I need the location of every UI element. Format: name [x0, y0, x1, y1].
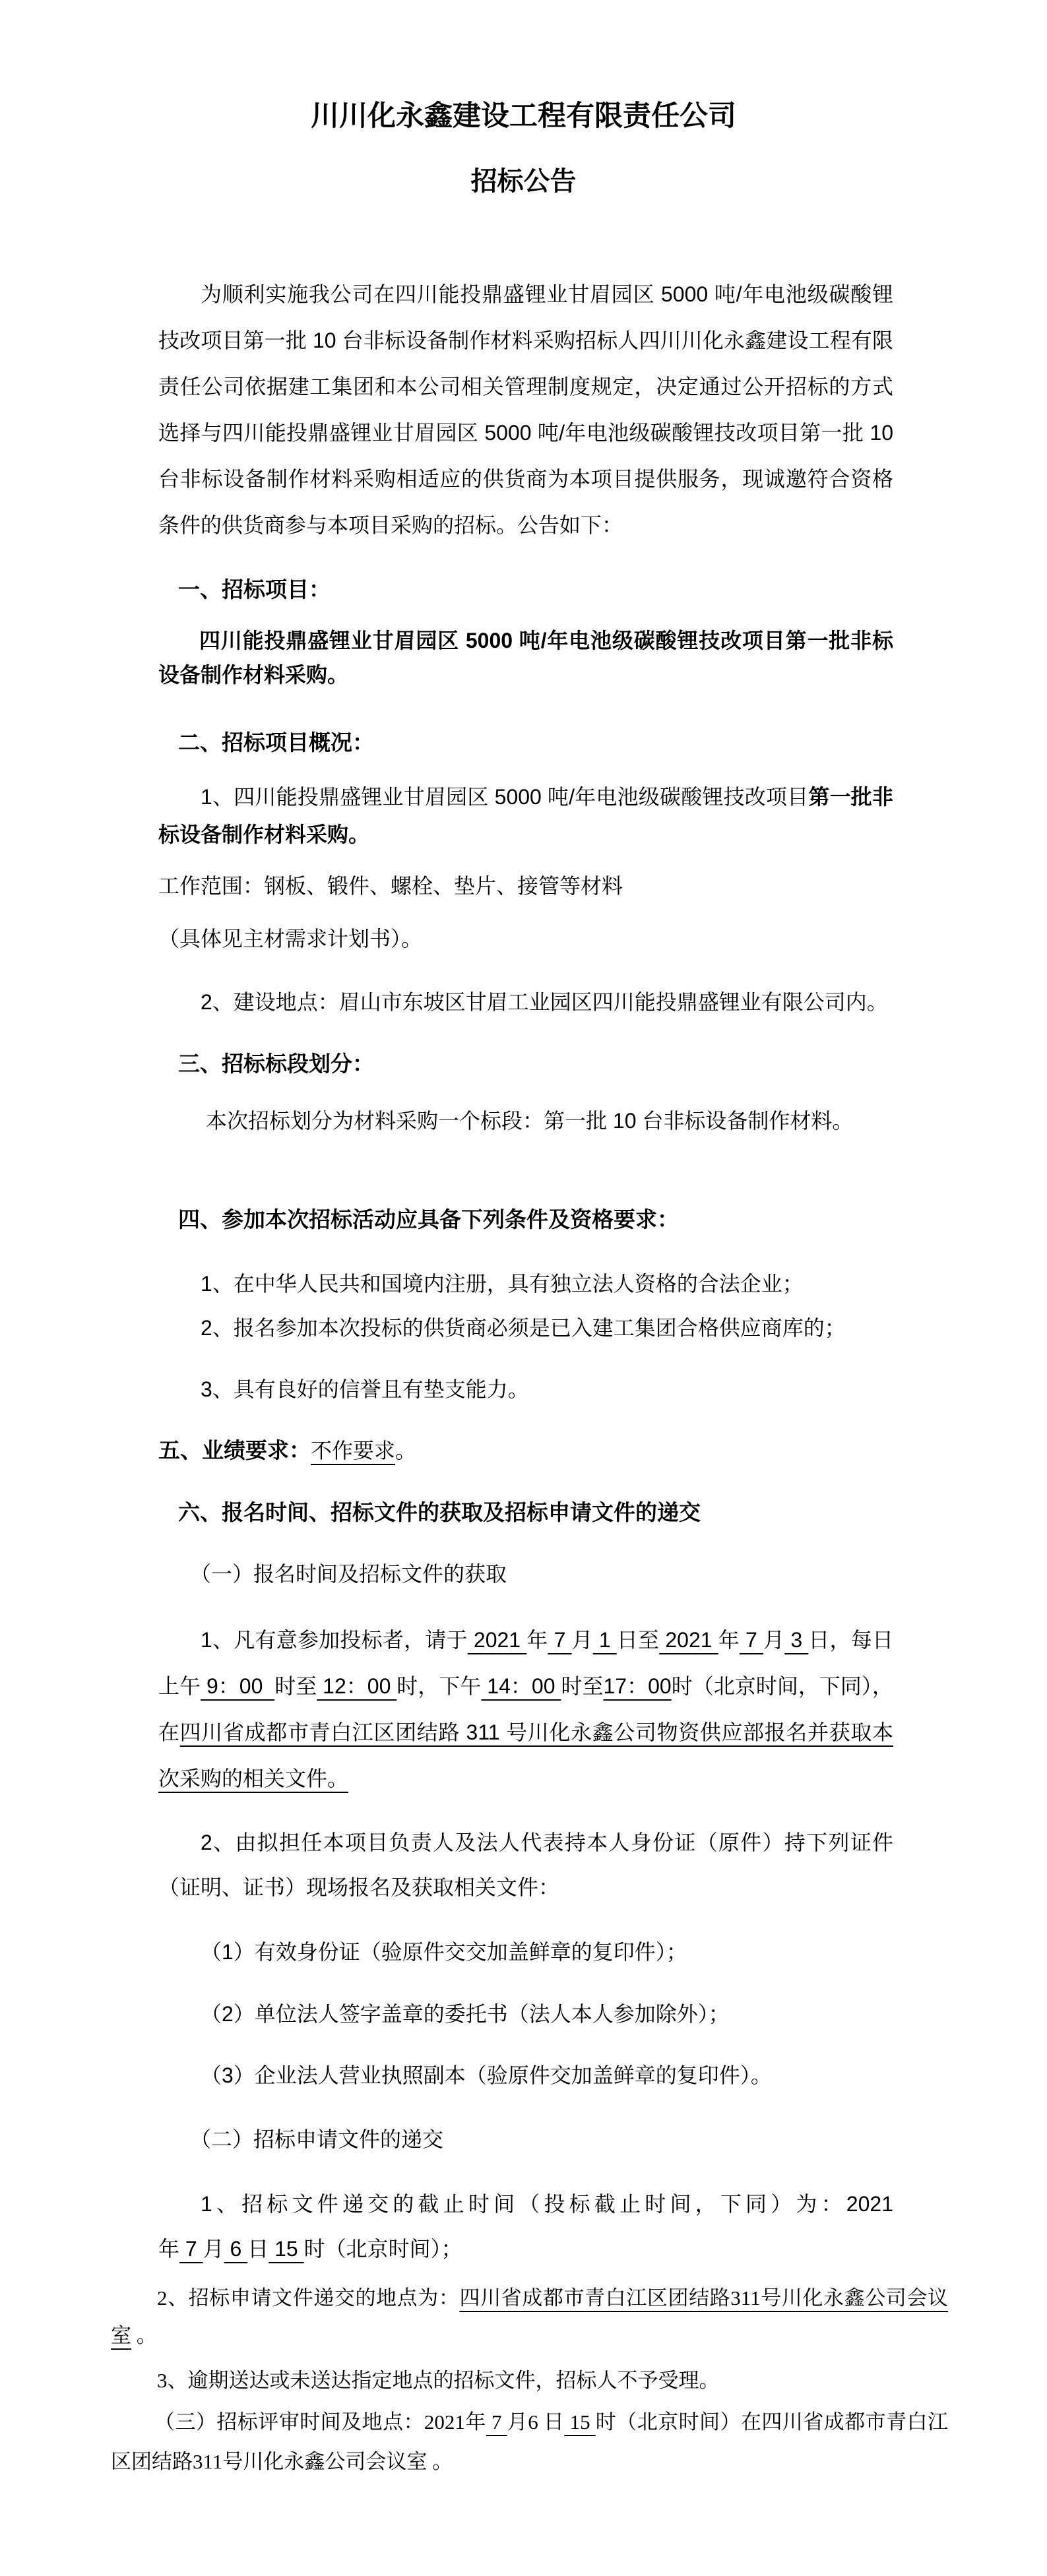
- section6-cert1: （1）有效身份证（验原件交交加盖鲜章的复印件）；: [158, 1937, 893, 1967]
- submit-place-run: 。: [131, 2324, 157, 2347]
- section4-item3: 3、具有良好的信誉且有垫支能力。: [158, 1374, 893, 1404]
- document-title: 川川化永鑫建设工程有限责任公司: [0, 100, 1047, 133]
- section4-item1: 1、在中华人民共和国境内注册，具有独立法人资格的合法企业；: [158, 1269, 893, 1299]
- item1-blank-year2: 2021: [659, 1628, 718, 1652]
- section2-item2: 2、建设地点：眉山市东坡区甘眉工业园区四川能投鼎盛锂业有限公司内。: [158, 987, 893, 1017]
- section1-body: 四川能投鼎盛锂业甘眉园区 5000 吨/年电池级碳酸锂技改项目第一批非标设备制作…: [158, 623, 893, 692]
- item1-run: 月: [763, 1628, 784, 1652]
- section6-review: （三）招标评审时间及地点：2021年 7 月6 日 15 时（北京时间）在四川省…: [111, 2403, 948, 2482]
- section2-scope: 工作范围：钢板、锻件、螺栓、垫片、接管等材料: [158, 871, 893, 901]
- deadline-run: 日: [247, 2237, 269, 2261]
- section6-deadline: 1、招标文件递交的截止时间（投标截止时间，下同）为：2021 年 7 月 6 日…: [158, 2182, 893, 2271]
- item1-address-underlined: 四川省成都市青白江区团结路 311 号川化永鑫公司物资供应部报名并获取本次采购的…: [158, 1720, 893, 1790]
- section3-body: 本次招标划分为材料采购一个标段：第一批 10 台非标设备制作材料。: [158, 1106, 893, 1136]
- item1-run: 年: [526, 1628, 548, 1652]
- item1-blank-day2: 3: [784, 1628, 808, 1652]
- item1-blank-time3: 14：00: [481, 1674, 561, 1698]
- deadline-run: 月: [203, 2237, 224, 2261]
- section6-submit-place: 2、招标申请文件递交的地点为：四川省成都市青白江区团结路311号川化永鑫公司会议…: [111, 2279, 948, 2354]
- item1-blank-time2: 12：00: [317, 1674, 397, 1698]
- review-run: 月6 日: [507, 2410, 565, 2434]
- review-blank-hour: 15: [564, 2410, 595, 2434]
- item1-blank-month1: 7: [548, 1628, 571, 1652]
- section6-heading: 六、报名时间、招标文件的获取及招标申请文件的递交: [158, 1497, 893, 1528]
- review-blank-month: 7: [486, 2410, 507, 2434]
- deadline-blank-month: 7: [179, 2237, 203, 2261]
- item1-run: 月: [572, 1628, 593, 1652]
- item1-blank-year1: 2021: [468, 1628, 526, 1652]
- item1-run: 年: [718, 1628, 740, 1652]
- section6-item1: 1、凡有意参加投标者，请于 2021 年 7 月 1 日至 2021 年 7 月…: [158, 1617, 893, 1802]
- section2-note: （具体见主材需求计划书）。: [158, 924, 893, 954]
- section6-cert2: （2）单位法人签字盖章的委托书（法人本人参加除外）；: [158, 1999, 893, 2029]
- section4-heading: 四、参加本次招标活动应具备下列条件及资格要求：: [158, 1205, 893, 1235]
- section2-item1-text: 1、四川能投鼎盛锂业甘眉园区 5000 吨/年电池级碳酸锂技改项目: [201, 785, 808, 809]
- item1-run: 时至: [274, 1674, 317, 1698]
- item1-run: 1、凡有意参加投标者，请于: [201, 1628, 468, 1652]
- item1-run: 日至: [617, 1628, 659, 1652]
- item1-run: 时至: [561, 1674, 603, 1698]
- document-subtitle: 招标公告: [0, 166, 1047, 197]
- section6-overdue: 3、逾期送达或未送达指定地点的招标文件，招标人不予受理。: [111, 2366, 948, 2396]
- section6-cert3: （3）企业法人营业执照副本（验原件交加盖鲜章的复印件）。: [158, 2060, 893, 2090]
- deadline-blank-day: 6: [224, 2237, 248, 2261]
- item1-blank-time4: 17：00: [603, 1674, 671, 1698]
- section6-sub1-heading: （一）报名时间及招标文件的获取: [158, 1559, 893, 1589]
- intro-paragraph: 为顺利实施我公司在四川能投鼎盛锂业甘眉园区 5000 吨/年电池级碳酸锂技改项目…: [158, 271, 893, 548]
- section5-line: 五、业绩要求：不作要求。: [158, 1435, 893, 1466]
- item1-blank-day1: 1: [593, 1628, 617, 1652]
- deadline-blank-hour: 15: [269, 2237, 303, 2261]
- section3-heading: 三、招标标段划分：: [158, 1049, 893, 1079]
- item1-blank-time1: 9：00: [201, 1674, 274, 1698]
- deadline-run: 时（北京时间）；: [304, 2237, 462, 2261]
- section5-period: 。: [395, 1439, 416, 1462]
- section2-item1: 1、四川能投鼎盛锂业甘眉园区 5000 吨/年电池级碳酸锂技改项目第一批非标设备…: [158, 778, 893, 854]
- item1-run: 时，下午: [397, 1674, 481, 1698]
- section6-sub2-heading: （二）招标申请文件的递交: [158, 2124, 893, 2154]
- section1-heading: 一、招标项目：: [158, 575, 893, 605]
- section5-heading: 五、业绩要求：: [158, 1438, 311, 1462]
- section6-item2: 2、由拟担任本项目负责人及法人代表持本人身份证（原件）持下列证件（证明、证书）现…: [158, 1820, 893, 1910]
- section5-requirement: 不作要求: [311, 1439, 395, 1462]
- section2-heading: 二、招标项目概况：: [158, 728, 893, 758]
- review-run: （三）招标评审时间及地点：2021年: [154, 2410, 486, 2434]
- item1-blank-month2: 7: [740, 1628, 763, 1652]
- document-page: 川川化永鑫建设工程有限责任公司 招标公告 为顺利实施我公司在四川能投鼎盛锂业甘眉…: [0, 0, 1047, 2576]
- submit-place-run: 2、招标申请文件递交的地点为：: [157, 2286, 459, 2309]
- section4-item2: 2、报名参加本次投标的供货商必须是已入建工集团合格供应商库的；: [158, 1313, 893, 1343]
